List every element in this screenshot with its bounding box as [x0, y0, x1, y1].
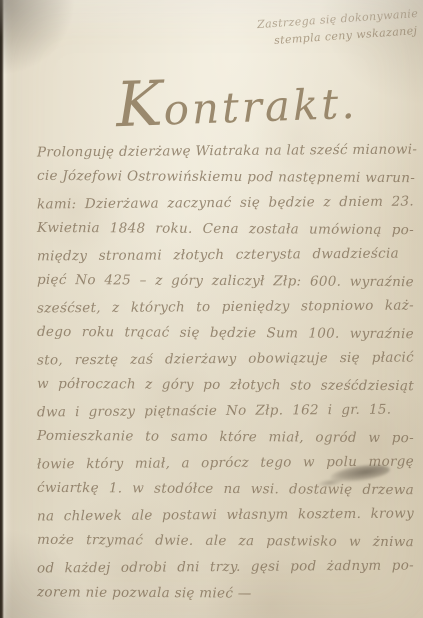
photo-left-edge	[0, 0, 12, 618]
document-photo: Zastrzega się dokonywanie stempla ceny w…	[0, 0, 423, 618]
manuscript-line: zorem nie pozwala się mieć —	[37, 579, 263, 606]
manuscript-line: cie Józefowi Ostrowińskiemu pod następne…	[37, 163, 414, 191]
stamp-annotation: Zastrzega się dokonywanie stempla ceny w…	[186, 5, 420, 55]
manuscript-line: dego roku trącać się będzie Sum 100. wyr…	[37, 319, 414, 347]
manuscript-line: od każdej odrobi dni trzy. gęsi pod żadn…	[37, 553, 414, 582]
manuscript-line: dwa i groszy piętnaście No Złp. 162 i gr…	[37, 397, 392, 426]
manuscript-body: Prolonguję dzierżawę Wiatraka na lat sze…	[37, 138, 414, 606]
manuscript-line: kami: Dzierżawa zaczynać się będzie z dn…	[37, 189, 414, 218]
manuscript-line: sto, resztę zaś dzierżawy obowiązuje się…	[37, 345, 414, 374]
manuscript-line: Kwietnia 1848 roku. Cena została umówion…	[37, 215, 414, 243]
manuscript-line: Prolonguję dzierżawę Wiatraka na lat sze…	[37, 137, 414, 166]
manuscript-line: może trzymać dwie. ale za pastwisko w żn…	[37, 527, 414, 555]
manuscript-line: na chlewek ale postawi własnym kosztem. …	[37, 501, 414, 530]
manuscript-line: Pomieszkanie to samo które miał, ogród w…	[37, 423, 414, 451]
manuscript-line: pięć No 425 – z góry zaliczył Złp: 600. …	[37, 267, 414, 295]
manuscript-line: w półroczach z góry po złotych sto sześć…	[37, 371, 414, 399]
manuscript-line: między stronami złotych czterysta dwadzi…	[37, 241, 399, 270]
document-title: Kontrakt.	[115, 60, 359, 143]
manuscript-line: sześćset, z których to pieniędzy stopnio…	[37, 293, 414, 322]
